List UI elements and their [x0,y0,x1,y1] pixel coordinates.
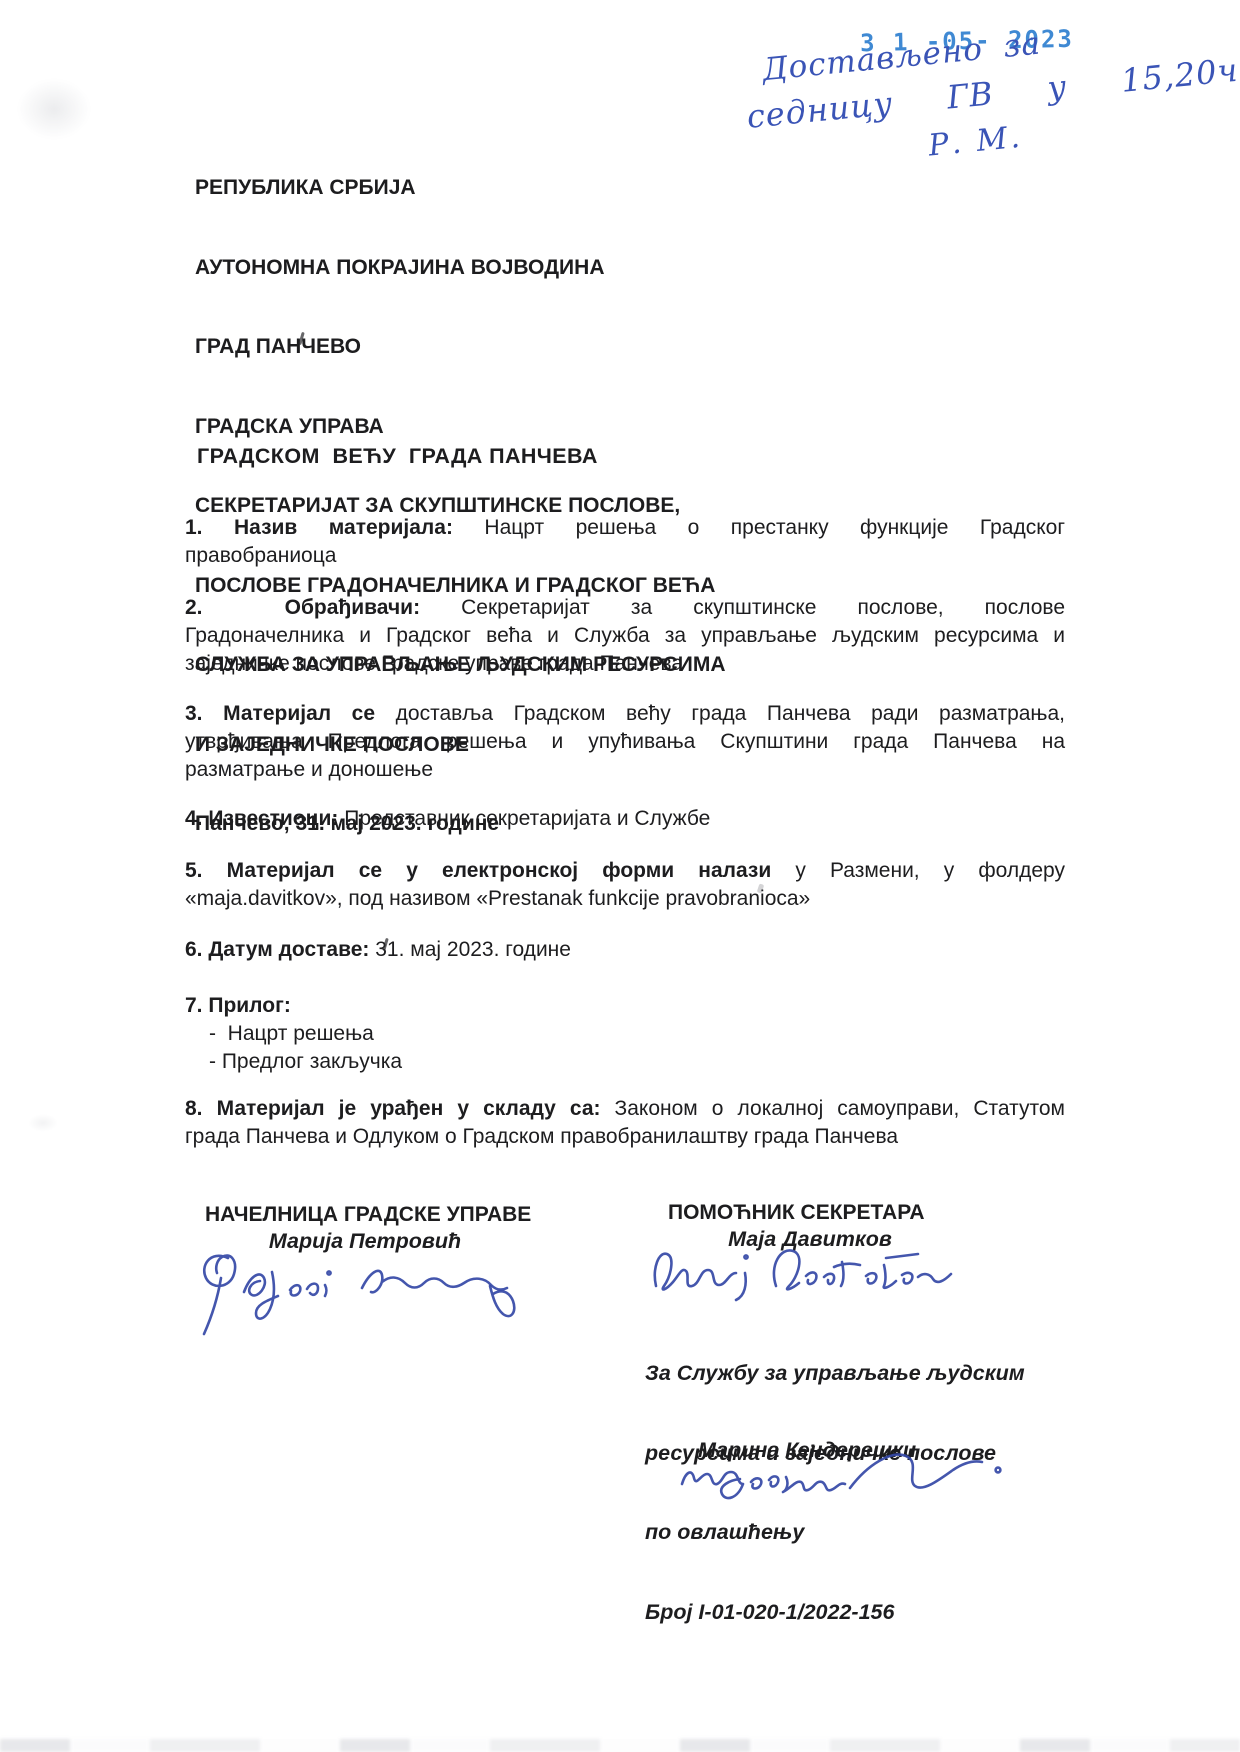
scanned-document-page: 3 1 -05- 2023 Достављено за седницу ГВ у… [0,0,1240,1752]
item-2: 2. Обрађивачи: Секретаријат за скупштинс… [185,594,1065,678]
authorization-line-1: За Службу за управљање људским [645,1360,1025,1387]
item-8: 8. Материјал је урађен у складу са: Зако… [185,1095,1065,1151]
scan-smudge [28,1114,58,1132]
scan-edge-strip [0,1739,1240,1752]
item-4-lead: 4. Известиоци: [185,807,338,830]
item-3-line-3: разматрање и доношење [185,756,1065,784]
item-3-line-1: 3. Материјал се доставља Градском већу г… [185,700,1065,728]
signature-marija-petrovic [192,1244,528,1340]
item-6: 6. Датум доставе: 31. мај 2023. године [185,936,1065,964]
item-4: 4. Известиоци: Представник секретаријата… [185,805,1065,833]
item-7-heading: 7. Прилог: [185,992,1065,1020]
item-8-line-1: 8. Материјал је урађен у складу са: Зако… [185,1095,1065,1123]
letterhead-line: ГРАДСКА УПРАВА [195,414,726,441]
item-3: 3. Материјал се доставља Градском већу г… [185,700,1065,784]
item-8-line-2: града Панчева и Одлуком о Градском право… [185,1123,1065,1151]
authorization-number: Број I-01-020-1/2022-156 [645,1599,1025,1626]
item-2-lead: 2. Обрађивачи: [185,596,420,619]
item-4-line-1: 4. Известиоци: Представник секретаријата… [185,805,1065,833]
item-6-lead: 6. Датум доставе: [185,938,369,961]
signature-maja-davitkov [646,1238,958,1304]
item-8-lead: 8. Материјал је урађен у складу са: [185,1097,601,1120]
item-2-line-2: Градоначелника и Градског већа и Служба … [185,622,1065,650]
item-2-line-3: заједничке послове Градске управе града … [185,650,1065,678]
item-3-lead: 3. Материјал се [185,702,375,725]
authorization-line-3: по овлашћењу [645,1519,1025,1546]
item-1-line-1: 1. Назив материјала: Нацрт решења о прес… [185,514,1065,542]
item-1-lead: 1. Назив материјала: [185,516,453,539]
signatory-right-title: ПОМОЋНИК СЕКРЕТАРА [668,1201,925,1225]
item-6-line-1: 6. Датум доставе: 31. мај 2023. године [185,936,1065,964]
item-5-lead: 5. Материјал се у електронској форми нал… [185,859,771,882]
item-1: 1. Назив материјала: Нацрт решења о прес… [185,514,1065,570]
item-1-line-2: правобраниоца [185,542,1065,570]
item-2-line-1: 2. Обрађивачи: Секретаријат за скупштинс… [185,594,1065,622]
item-5-line-2: «maja.davitkov», под називом «Prestanak … [185,885,1065,913]
scan-smudge [14,76,94,142]
recipient-title: ГРАДСКОМ ВЕЋУ ГРАДА ПАНЧЕВА [197,444,598,469]
item-5: 5. Материјал се у електронској форми нал… [185,857,1065,913]
item-5-line-1: 5. Материјал се у електронској форми нал… [185,857,1065,885]
letterhead-line: РЕПУБЛИКА СРБИЈА [195,175,726,202]
handwritten-note: Достављено за седницу ГВ у 15,20ч Р. М. [733,10,1223,181]
signatory-left-title: НАЧЕЛНИЦА ГРАДСКЕ УПРАВЕ [205,1203,531,1227]
letterhead-line: АУТОНОМНА ПОКРАЈИНА ВОЈВОДИНА [195,255,726,282]
item-7: 7. Прилог: - Нацрт решења - Предлог закљ… [185,992,1065,1076]
item-3-line-2: утврђивања Предлога решења и упућивања С… [185,728,1065,756]
item-7-attachment-1: - Нацрт решења [185,1020,1065,1048]
letterhead-line: ГРАД ПАНЧЕВО [195,334,726,361]
item-7-attachment-2: - Предлог закључка [185,1048,1065,1076]
signature-marina-kendereski [676,1446,1020,1502]
